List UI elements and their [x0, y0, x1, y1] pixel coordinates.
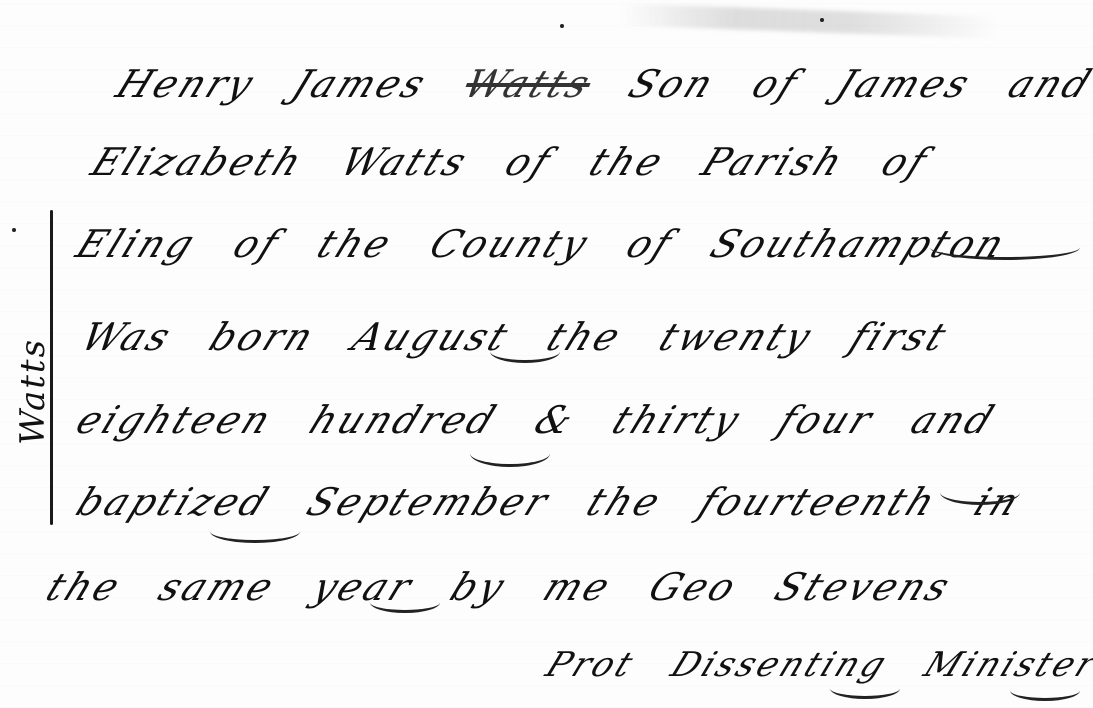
entry-line-3: Eling of the County of Southampton — [70, 222, 1040, 266]
word: eighteen — [70, 398, 280, 442]
minister-flourish — [1010, 680, 1080, 701]
word: Elizabeth — [85, 140, 311, 184]
ink-dot — [12, 228, 16, 232]
word: first — [843, 315, 955, 359]
minister-title-line: Prot Dissenting Minister — [540, 645, 1093, 685]
word: of — [746, 62, 807, 106]
baptized-flourish — [210, 520, 300, 543]
word: Minister — [918, 645, 1093, 685]
ink-dot — [560, 24, 564, 28]
document-page: Watts Henry James Watts Son of James and… — [0, 0, 1093, 708]
struck-word: Watts — [458, 62, 599, 106]
word: hundred — [303, 398, 505, 442]
word: Henry — [110, 62, 263, 106]
word: Geo — [643, 565, 746, 609]
word: of — [620, 222, 681, 266]
minister-signature: Stevens — [768, 565, 959, 609]
word: by — [444, 565, 514, 609]
ampersand-flourish — [470, 440, 550, 467]
year-flourish — [370, 592, 440, 613]
word: Was — [75, 315, 180, 359]
august-flourish — [490, 340, 560, 363]
entry-line-5: eighteen hundred & thirty four and — [70, 398, 1029, 442]
word: Eling — [70, 222, 204, 266]
entry-line-1: Henry James Watts Son of James and — [110, 62, 1093, 106]
word: the — [583, 140, 672, 184]
fourteenth-flourish — [940, 480, 1020, 505]
word: and — [905, 398, 1003, 442]
word: me — [537, 565, 619, 609]
word: four — [772, 398, 881, 442]
word: Watts — [334, 140, 475, 184]
word: thirty — [606, 398, 749, 442]
word: Son — [622, 62, 722, 106]
word: the — [580, 480, 669, 524]
entry-line-6: baptized September the fourteenth in — [70, 480, 1054, 524]
ink-dot — [820, 18, 824, 22]
word: same — [152, 565, 282, 609]
southampton-flourish — [930, 235, 1080, 260]
word: of — [499, 140, 560, 184]
word: of — [875, 140, 936, 184]
word: fourteenth — [693, 480, 945, 524]
word: County — [423, 222, 596, 266]
margin-surname-note: Watts — [13, 355, 53, 445]
entry-line-2: Elizabeth Watts of the Parish of — [85, 140, 962, 184]
entry-line-7: the same year by me Geo Stevens — [40, 565, 985, 609]
word: & — [528, 398, 583, 442]
word: James — [830, 62, 979, 106]
word: twenty — [653, 315, 820, 359]
word: James — [286, 62, 435, 106]
word: September — [301, 480, 557, 524]
word: Prot — [540, 645, 641, 685]
word: baptized — [70, 480, 277, 524]
word: born — [203, 315, 323, 359]
word: and — [1002, 62, 1093, 106]
word: the — [311, 222, 400, 266]
word: of — [227, 222, 288, 266]
word: Parish — [695, 140, 852, 184]
dissenting-flourish — [830, 678, 900, 699]
